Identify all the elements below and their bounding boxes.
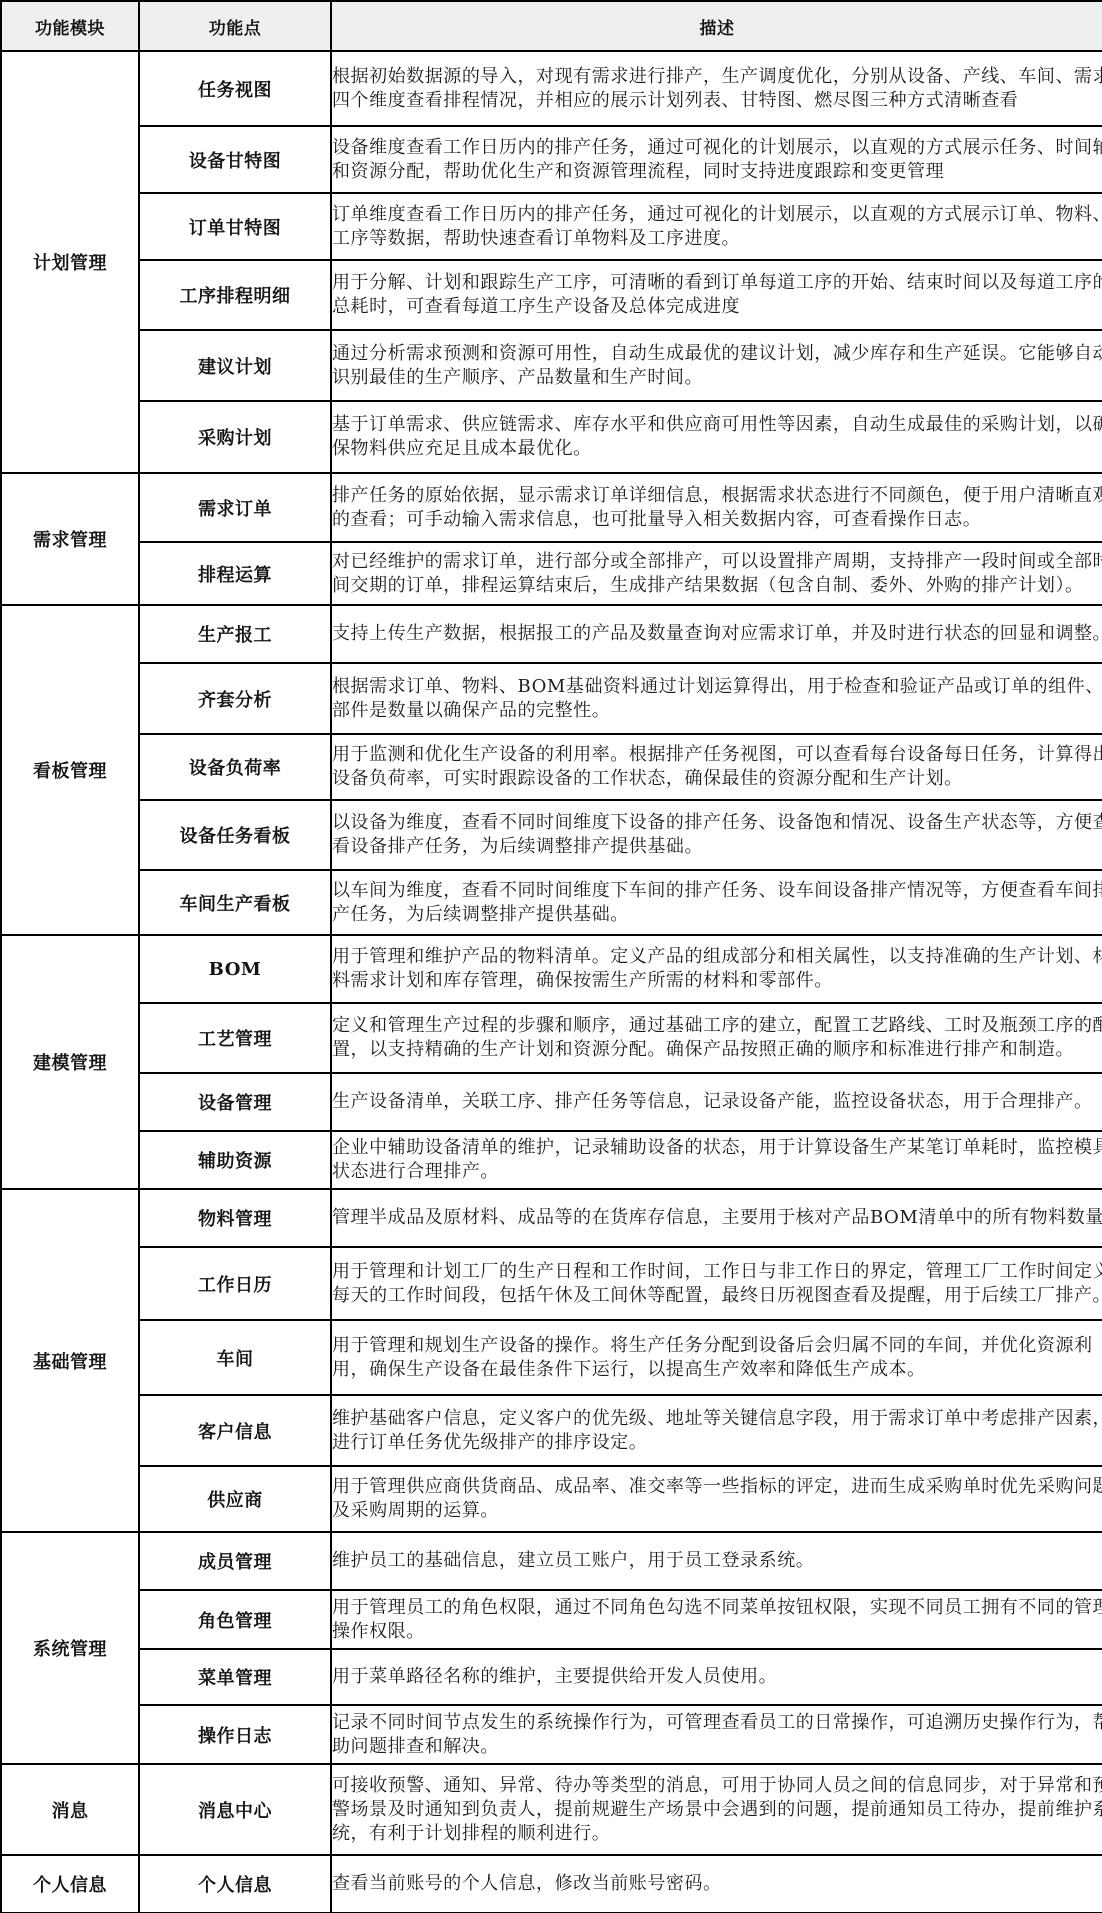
feature-name: 设备负荷率: [139, 734, 331, 800]
table-row: 订单甘特图 订单维度查看工作日历内的排产任务，通过可视化的计划展示，以直观的方式…: [1, 193, 1102, 260]
feature-name: 菜单管理: [139, 1649, 331, 1705]
header-description: 描述: [331, 1, 1102, 51]
table-row: 客户信息 维护基础客户信息，定义客户的优先级、地址等关键信息字段，用于需求订单中…: [1, 1395, 1102, 1466]
feature-description: 用于监测和优化生产设备的利用率。根据排产任务视图，可以查看每台设备每日任务，计算…: [331, 734, 1102, 800]
feature-description: 排产任务的原始依据，显示需求订单详细信息，根据需求状态进行不同颜色，便于用户清晰…: [331, 473, 1102, 542]
module-modeling-management: 建模管理: [1, 935, 139, 1189]
feature-name: 辅助资源: [139, 1131, 331, 1189]
feature-description: 可接收预警、通知、异常、待办等类型的消息，可用于协同人员之间的信息同步，对于异常…: [331, 1764, 1102, 1855]
feature-description: 基于订单需求、供应链需求、库存水平和供应商可用性等因素，自动生成最佳的采购计划，…: [331, 401, 1102, 473]
feature-description: 用于管理和维护产品的物料清单。定义产品的组成部分和相关属性，以支持准确的生产计划…: [331, 935, 1102, 1003]
feature-name: 工序排程明细: [139, 260, 331, 330]
module-basic-management: 基础管理: [1, 1189, 139, 1532]
feature-name: 设备管理: [139, 1073, 331, 1131]
feature-description: 根据初始数据源的导入，对现有需求进行排产，生产调度优化，分别从设备、产线、车间、…: [331, 51, 1102, 126]
feature-description: 通过分析需求预测和资源可用性，自动生成最优的建议计划，减少库存和生产延误。它能够…: [331, 330, 1102, 401]
table-row: 菜单管理 用于菜单路径名称的维护，主要提供给开发人员使用。: [1, 1649, 1102, 1705]
feature-description: 生产设备清单，关联工序、排产任务等信息，记录设备产能，监控设备状态，用于合理排产…: [331, 1073, 1102, 1131]
table-row: 齐套分析 根据需求订单、物料、BOM基础资料通过计划运算得出，用于检查和验证产品…: [1, 663, 1102, 734]
header-module: 功能模块: [1, 1, 139, 51]
module-demand-management: 需求管理: [1, 473, 139, 605]
module-system-management: 系统管理: [1, 1532, 139, 1764]
feature-name: BOM: [139, 935, 331, 1003]
feature-description: 用于菜单路径名称的维护，主要提供给开发人员使用。: [331, 1649, 1102, 1705]
feature-name: 车间生产看板: [139, 870, 331, 935]
feature-name: 车间: [139, 1320, 331, 1395]
feature-description: 维护基础客户信息，定义客户的优先级、地址等关键信息字段，用于需求订单中考虑排产因…: [331, 1395, 1102, 1466]
feature-description: 以车间为维度，查看不同时间维度下车间的排产任务、设车间设备排产情况等，方便查看车…: [331, 870, 1102, 935]
feature-name: 角色管理: [139, 1590, 331, 1649]
table-row: 采购计划 基于订单需求、供应链需求、库存水平和供应商可用性等因素，自动生成最佳的…: [1, 401, 1102, 473]
feature-name: 客户信息: [139, 1395, 331, 1466]
table-row: 工作日历 用于管理和计划工厂的生产日程和工作时间，工作日与非工作日的界定，管理工…: [1, 1247, 1102, 1320]
table-row: 需求管理 需求订单 排产任务的原始依据，显示需求订单详细信息，根据需求状态进行不…: [1, 473, 1102, 542]
table-row: 供应商 用于管理供应商供货商品、成品率、准交率等一些指标的评定，进而生成采购单时…: [1, 1466, 1102, 1532]
table-row: 辅助资源 企业中辅助设备清单的维护，记录辅助设备的状态，用于计算设备生产某笔订单…: [1, 1131, 1102, 1189]
table-row: 消息 消息中心 可接收预警、通知、异常、待办等类型的消息，可用于协同人员之间的信…: [1, 1764, 1102, 1855]
feature-description: 定义和管理生产过程的步骤和顺序，通过基础工序的建立，配置工艺路线、工时及瓶颈工序…: [331, 1003, 1102, 1073]
feature-description: 设备维度查看工作日历内的排产任务，通过可视化的计划展示，以直观的方式展示任务、时…: [331, 126, 1102, 193]
feature-name: 设备任务看板: [139, 800, 331, 870]
feature-description: 管理半成品及原材料、成品等的在货库存信息，主要用于核对产品BOM清单中的所有物料…: [331, 1189, 1102, 1247]
feature-name: 操作日志: [139, 1705, 331, 1764]
feature-description: 企业中辅助设备清单的维护，记录辅助设备的状态，用于计算设备生产某笔订单耗时，监控…: [331, 1131, 1102, 1189]
feature-description: 用于管理员工的角色权限，通过不同角色勾选不同菜单按钮权限，实现不同员工拥有不同的…: [331, 1590, 1102, 1649]
module-plan-management: 计划管理: [1, 51, 139, 473]
table-row: 设备管理 生产设备清单，关联工序、排产任务等信息，记录设备产能，监控设备状态，用…: [1, 1073, 1102, 1131]
feature-description: 订单维度查看工作日历内的排产任务，通过可视化的计划展示，以直观的方式展示订单、物…: [331, 193, 1102, 260]
table-row: 排程运算 对已经维护的需求订单，进行部分或全部排产，可以设置排产周期，支持排产一…: [1, 542, 1102, 605]
feature-description: 以设备为维度，查看不同时间维度下设备的排产任务、设备饱和情况、设备生产状态等，方…: [331, 800, 1102, 870]
feature-name: 生产报工: [139, 605, 331, 663]
feature-description: 记录不同时间节点发生的系统操作行为，可管理查看员工的日常操作，可追溯历史操作行为…: [331, 1705, 1102, 1764]
feature-name: 需求订单: [139, 473, 331, 542]
table-row: 车间生产看板 以车间为维度，查看不同时间维度下车间的排产任务、设车间设备排产情况…: [1, 870, 1102, 935]
feature-description: 根据需求订单、物料、BOM基础资料通过计划运算得出，用于检查和验证产品或订单的组…: [331, 663, 1102, 734]
module-message: 消息: [1, 1764, 139, 1855]
feature-description: 用于管理供应商供货商品、成品率、准交率等一些指标的评定，进而生成采购单时优先采购…: [331, 1466, 1102, 1532]
table-row: 设备甘特图 设备维度查看工作日历内的排产任务，通过可视化的计划展示，以直观的方式…: [1, 126, 1102, 193]
feature-name: 排程运算: [139, 542, 331, 605]
table-row: 设备负荷率 用于监测和优化生产设备的利用率。根据排产任务视图，可以查看每台设备每…: [1, 734, 1102, 800]
feature-name: 供应商: [139, 1466, 331, 1532]
feature-name: 采购计划: [139, 401, 331, 473]
feature-name: 设备甘特图: [139, 126, 331, 193]
table-row: 基础管理 物料管理 管理半成品及原材料、成品等的在货库存信息，主要用于核对产品B…: [1, 1189, 1102, 1247]
feature-name: 建议计划: [139, 330, 331, 401]
feature-name: 个人信息: [139, 1855, 331, 1913]
feature-description: 查看当前账号的个人信息，修改当前账号密码。: [331, 1855, 1102, 1913]
feature-description: 用于分解、计划和跟踪生产工序，可清晰的看到订单每道工序的开始、结束时间以及每道工…: [331, 260, 1102, 330]
feature-description: 用于管理和计划工厂的生产日程和工作时间，工作日与非工作日的界定，管理工厂工作时间…: [331, 1247, 1102, 1320]
table-row: 系统管理 成员管理 维护员工的基础信息，建立员工账户，用于员工登录系统。: [1, 1532, 1102, 1590]
table-row: 看板管理 生产报工 支持上传生产数据，根据报工的产品及数量查询对应需求订单，并及…: [1, 605, 1102, 663]
feature-name: 任务视图: [139, 51, 331, 126]
feature-name: 齐套分析: [139, 663, 331, 734]
feature-description: 支持上传生产数据，根据报工的产品及数量查询对应需求订单，并及时进行状态的回显和调…: [331, 605, 1102, 663]
table-row: 设备任务看板 以设备为维度，查看不同时间维度下设备的排产任务、设备饱和情况、设备…: [1, 800, 1102, 870]
feature-description: 对已经维护的需求订单，进行部分或全部排产，可以设置排产周期，支持排产一段时间或全…: [331, 542, 1102, 605]
table-row: 操作日志 记录不同时间节点发生的系统操作行为，可管理查看员工的日常操作，可追溯历…: [1, 1705, 1102, 1764]
feature-name: 物料管理: [139, 1189, 331, 1247]
feature-spec-table: 功能模块 功能点 描述 计划管理 任务视图 根据初始数据源的导入，对现有需求进行…: [0, 0, 1102, 1913]
table-row: 计划管理 任务视图 根据初始数据源的导入，对现有需求进行排产，生产调度优化，分别…: [1, 51, 1102, 126]
feature-name: 工作日历: [139, 1247, 331, 1320]
feature-name: 消息中心: [139, 1764, 331, 1855]
header-row: 功能模块 功能点 描述: [1, 1, 1102, 51]
feature-name: 工艺管理: [139, 1003, 331, 1073]
table-row: 角色管理 用于管理员工的角色权限，通过不同角色勾选不同菜单按钮权限，实现不同员工…: [1, 1590, 1102, 1649]
module-personal-info: 个人信息: [1, 1855, 139, 1913]
table-row: 建模管理 BOM 用于管理和维护产品的物料清单。定义产品的组成部分和相关属性，以…: [1, 935, 1102, 1003]
feature-description: 维护员工的基础信息，建立员工账户，用于员工登录系统。: [331, 1532, 1102, 1590]
header-feature: 功能点: [139, 1, 331, 51]
table-row: 个人信息 个人信息 查看当前账号的个人信息，修改当前账号密码。: [1, 1855, 1102, 1913]
module-board-management: 看板管理: [1, 605, 139, 935]
table-row: 建议计划 通过分析需求预测和资源可用性，自动生成最优的建议计划，减少库存和生产延…: [1, 330, 1102, 401]
table-row: 工序排程明细 用于分解、计划和跟踪生产工序，可清晰的看到订单每道工序的开始、结束…: [1, 260, 1102, 330]
table-row: 车间 用于管理和规划生产设备的操作。将生产任务分配到设备后会归属不同的车间，并优…: [1, 1320, 1102, 1395]
feature-name: 成员管理: [139, 1532, 331, 1590]
feature-description: 用于管理和规划生产设备的操作。将生产任务分配到设备后会归属不同的车间，并优化资源…: [331, 1320, 1102, 1395]
table-row: 工艺管理 定义和管理生产过程的步骤和顺序，通过基础工序的建立，配置工艺路线、工时…: [1, 1003, 1102, 1073]
feature-name: 订单甘特图: [139, 193, 331, 260]
